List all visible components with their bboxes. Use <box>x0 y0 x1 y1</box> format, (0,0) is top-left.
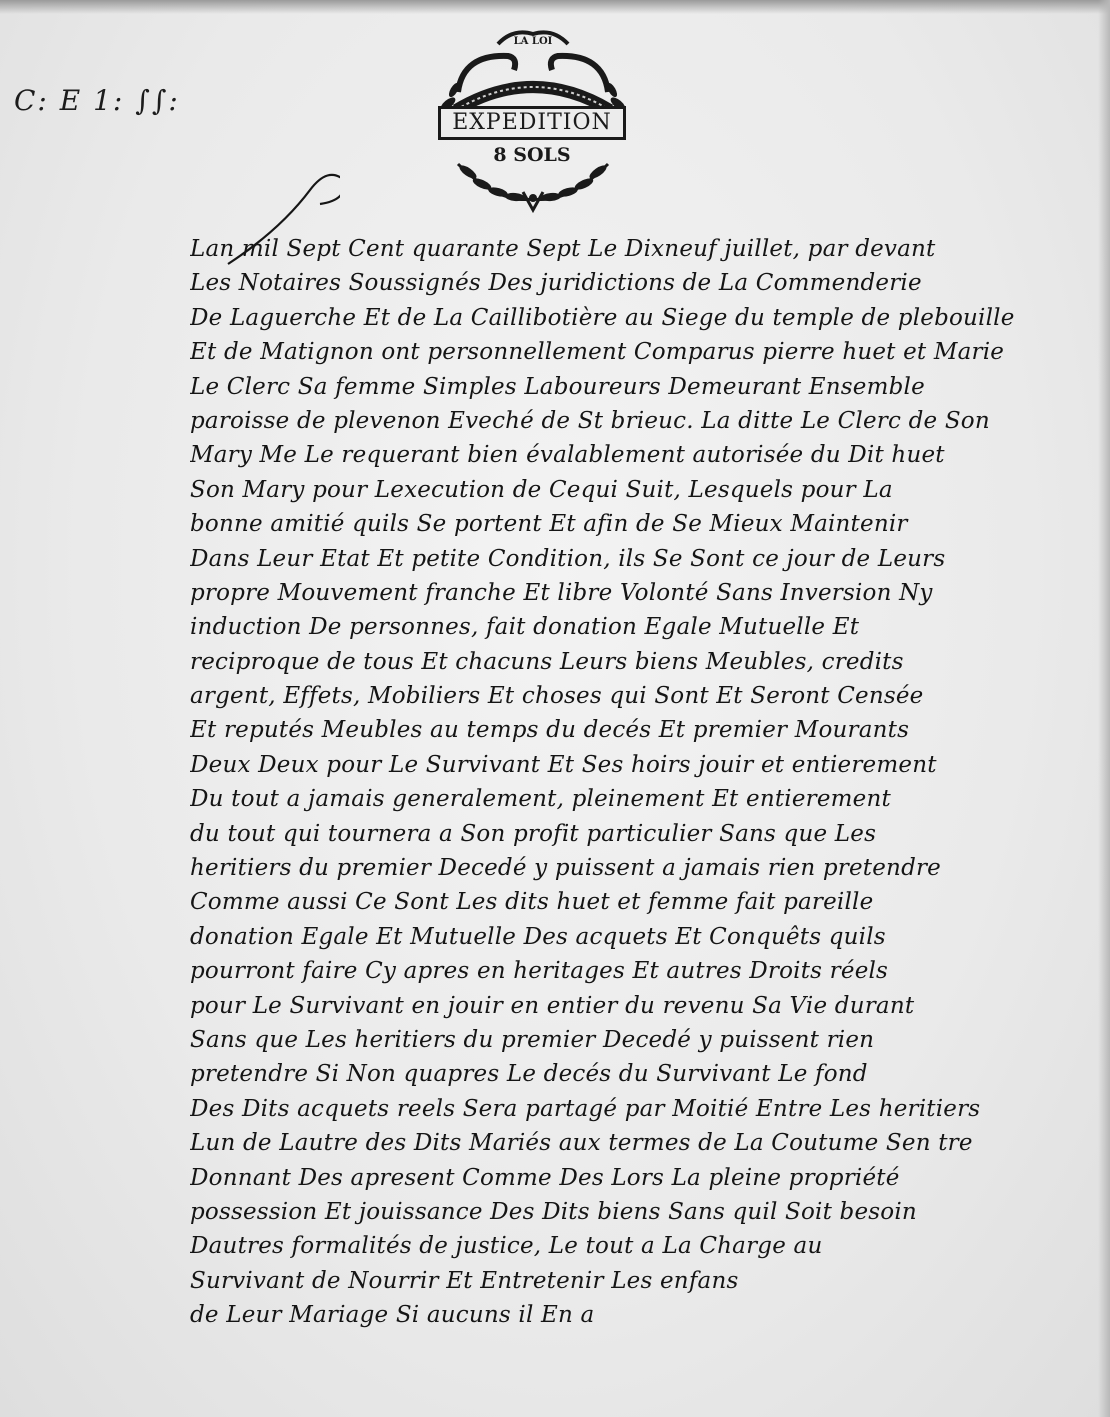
text-line: Survivant de Nourrir Et Entretenir Les e… <box>190 1264 1070 1298</box>
page-top-edge-shadow <box>0 0 1110 14</box>
tax-stamp: LA LOI EXPEDITION 8 SOLS <box>418 14 618 204</box>
text-line: Lun de Lautre des Dits Mariés aux termes… <box>190 1126 1070 1160</box>
text-line: Comme aussi Ce Sont Les dits huet et fem… <box>190 885 1070 919</box>
deed-body-text: Lan mil Sept Cent quarante Sept Le Dixne… <box>190 232 1070 1333</box>
text-line: pourront faire Cy apres en heritages Et … <box>190 954 1070 988</box>
text-line: Et reputés Meubles au temps du decés Et … <box>190 713 1070 747</box>
text-line: Son Mary pour Lexecution de Cequi Suit, … <box>190 473 1070 507</box>
text-line: Lan mil Sept Cent quarante Sept Le Dixne… <box>190 232 1070 266</box>
text-line: pretendre Si Non quapres Le decés du Sur… <box>190 1057 1070 1091</box>
text-line: de Leur Mariage Si aucuns il En a <box>190 1298 1070 1332</box>
scanned-document-page: C: E 1: ∫∫: <box>0 0 1110 1417</box>
text-line: possession Et jouissance Des Dits biens … <box>190 1195 1070 1229</box>
text-line: paroisse de plevenon Eveché de St brieuc… <box>190 404 1070 438</box>
page-right-edge-shadow <box>1098 0 1110 1417</box>
text-line: Et de Matignon ont personnellement Compa… <box>190 335 1070 369</box>
text-line: argent, Effets, Mobiliers Et choses qui … <box>190 679 1070 713</box>
text-line: donation Egale Et Mutuelle Des acquets E… <box>190 920 1070 954</box>
text-line: Mary Me Le requerant bien évalablement a… <box>190 438 1070 472</box>
stamp-top-label: LA LOI <box>418 36 648 47</box>
text-line: induction De personnes, fait donation Eg… <box>190 610 1070 644</box>
margin-reference-note: C: E 1: ∫∫: <box>14 84 180 117</box>
text-line: Des Dits acquets reels Sera partagé par … <box>190 1092 1070 1126</box>
text-line: heritiers du premier Decedé y puissent a… <box>190 851 1070 885</box>
text-line: bonne amitié quils Se portent Et afin de… <box>190 507 1070 541</box>
text-line: pour Le Survivant en jouir en entier du … <box>190 989 1070 1023</box>
text-line: du tout qui tournera a Son profit partic… <box>190 817 1070 851</box>
stamp-title: EXPEDITION <box>438 106 626 140</box>
text-line: Dautres formalités de justice, Le tout a… <box>190 1229 1070 1263</box>
text-line: Le Clerc Sa femme Simples Laboureurs Dem… <box>190 370 1070 404</box>
laurel-wreath-icon <box>458 163 609 210</box>
text-line: Dans Leur Etat Et petite Condition, ils … <box>190 542 1070 576</box>
text-line: reciproque de tous Et chacuns Leurs bien… <box>190 645 1070 679</box>
text-line: Sans que Les heritiers du premier Decedé… <box>190 1023 1070 1057</box>
text-line: Donnant Des apresent Comme Des Lors La p… <box>190 1161 1070 1195</box>
text-line: De Laguerche Et de La Caillibotière au S… <box>190 301 1070 335</box>
text-line: propre Mouvement franche Et libre Volont… <box>190 576 1070 610</box>
text-line: Les Notaires Soussignés Des juridictions… <box>190 266 1070 300</box>
text-line: Du tout a jamais generalement, pleinemen… <box>190 782 1070 816</box>
stamp-price: 8 SOLS <box>418 144 646 166</box>
text-line: Deux Deux pour Le Survivant Et Ses hoirs… <box>190 748 1070 782</box>
